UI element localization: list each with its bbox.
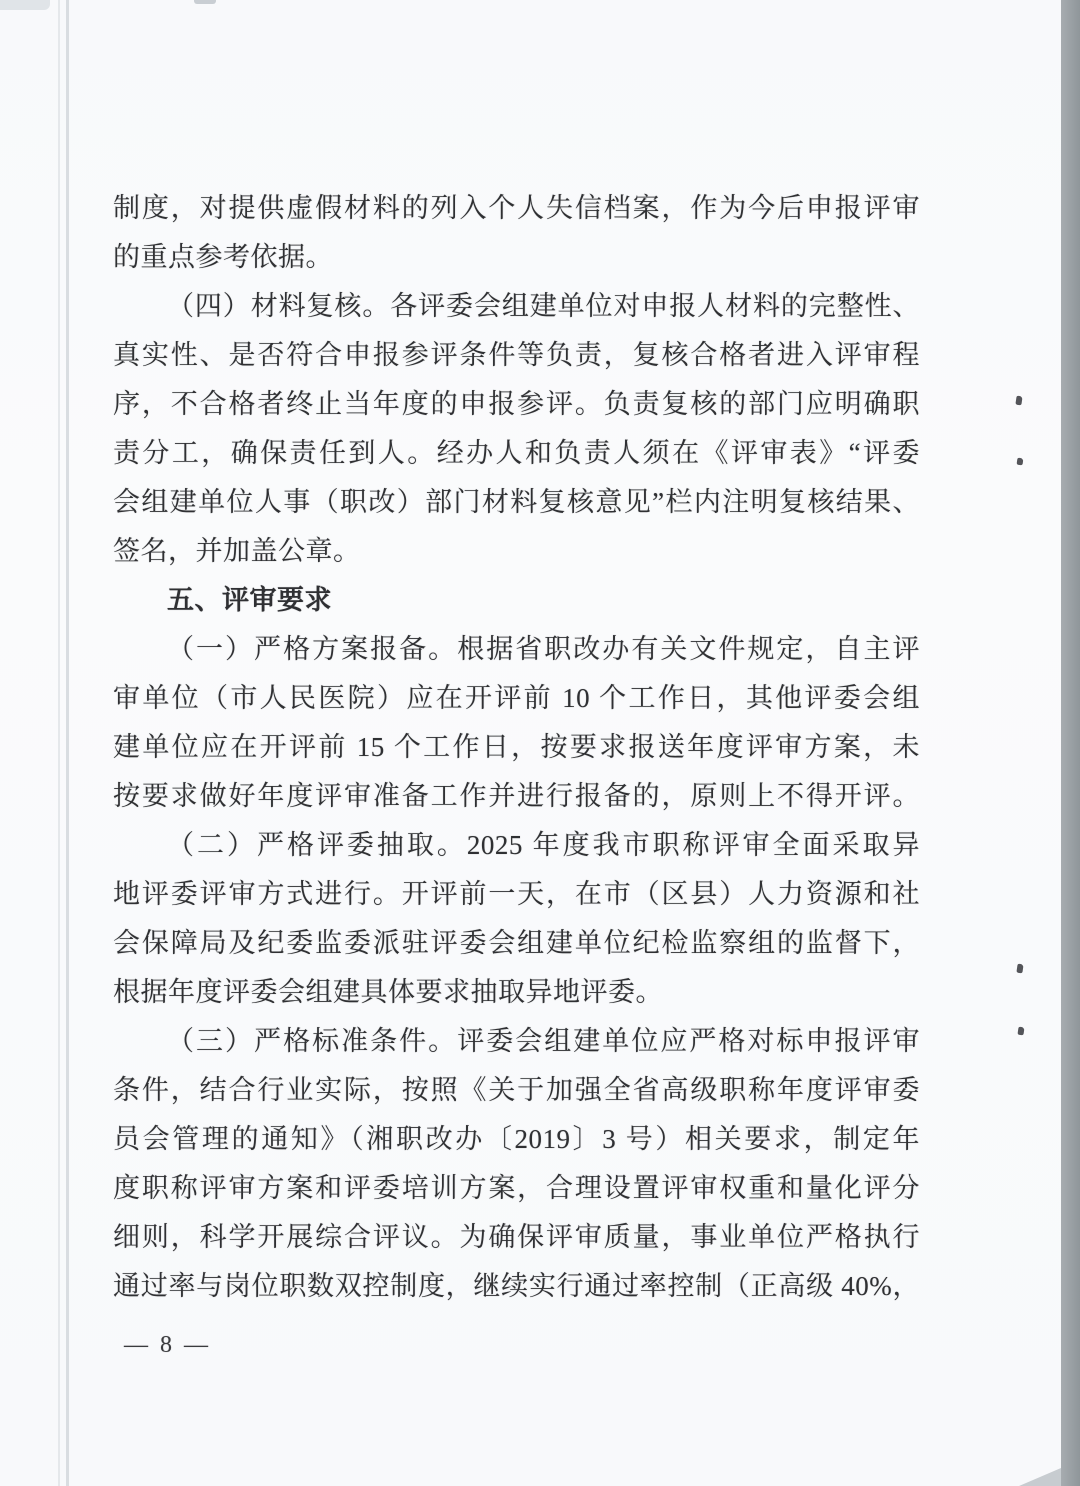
text-line: 的重点参考依据。 bbox=[113, 233, 920, 282]
scan-smudge bbox=[0, 0, 50, 10]
text-line: （三）严格标准条件。评委会组建单位应严格对标申报评审 bbox=[113, 1017, 920, 1066]
scanned-document-page: 制度，对提供虚假材料的列入个人失信档案，作为今后申报评审的重点参考依据。（四）材… bbox=[0, 0, 1080, 1486]
text-line: 会组建单位人事（职改）部门材料复核意见”栏内注明复核结果、 bbox=[113, 478, 920, 527]
text-line: 序，不合格者终止当年度的申报参评。负责复核的部门应明确职 bbox=[113, 380, 920, 429]
text-line: 通过率与岗位职数双控制度，继续实行通过率控制（正高级 40%， bbox=[113, 1262, 920, 1311]
section-heading: 五、评审要求 bbox=[113, 576, 920, 625]
text-line: 制度，对提供虚假材料的列入个人失信档案，作为今后申报评审 bbox=[113, 184, 920, 233]
scan-speck bbox=[1016, 964, 1023, 974]
text-line: （一）严格方案报备。根据省职改办有关文件规定，自主评 bbox=[113, 625, 920, 674]
scan-smudge bbox=[194, 0, 216, 4]
text-line: 条件，结合行业实际，按照《关于加强全省高级职称年度评审委 bbox=[113, 1066, 920, 1115]
scanner-edge-band bbox=[1061, 0, 1080, 1486]
text-line: 审单位（市人民医院）应在开评前 10 个工作日，其他评委会组 bbox=[113, 674, 920, 723]
text-line: 责分工，确保责任到人。经办人和负责人须在《评审表》“评委 bbox=[113, 429, 920, 478]
text-line: 员会管理的通知》（湘职改办〔2019〕3 号）相关要求，制定年 bbox=[113, 1115, 920, 1164]
text-line: 会保障局及纪委监委派驻评委会组建单位纪检监察组的监督下， bbox=[113, 919, 920, 968]
text-line: 根据年度评委会组建具体要求抽取异地评委。 bbox=[113, 968, 920, 1017]
text-line: 度职称评审方案和评委培训方案，合理设置评审权重和量化评分 bbox=[113, 1164, 920, 1213]
text-line: 真实性、是否符合申报参评条件等负责，复核合格者进入评审程 bbox=[113, 331, 920, 380]
text-line: 细则，科学开展综合评议。为确保评审质量，事业单位严格执行 bbox=[113, 1213, 920, 1262]
page-fold-line bbox=[66, 0, 69, 1486]
text-line: 按要求做好年度评审准备工作并进行报备的，原则上不得开评。 bbox=[113, 772, 920, 821]
document-text-block: 制度，对提供虚假材料的列入个人失信档案，作为今后申报评审的重点参考依据。（四）材… bbox=[113, 184, 920, 1311]
text-line: 地评委评审方式进行。开评前一天，在市（区县）人力资源和社 bbox=[113, 870, 920, 919]
text-line: 建单位应在开评前 15 个工作日，按要求报送年度评审方案，未 bbox=[113, 723, 920, 772]
text-line: （四）材料复核。各评委会组建单位对申报人材料的完整性、 bbox=[113, 282, 920, 331]
page-number: — 8 — bbox=[124, 1330, 211, 1360]
scan-speck bbox=[1017, 1027, 1024, 1036]
scan-speck bbox=[1017, 458, 1024, 466]
text-line: 签名，并加盖公章。 bbox=[113, 527, 920, 576]
scanner-edge-shadow bbox=[1019, 1468, 1061, 1486]
text-line: （二）严格评委抽取。2025 年度我市职称评审全面采取异 bbox=[113, 821, 920, 870]
scan-speck bbox=[1015, 396, 1022, 406]
page-fold-line bbox=[58, 0, 60, 1486]
